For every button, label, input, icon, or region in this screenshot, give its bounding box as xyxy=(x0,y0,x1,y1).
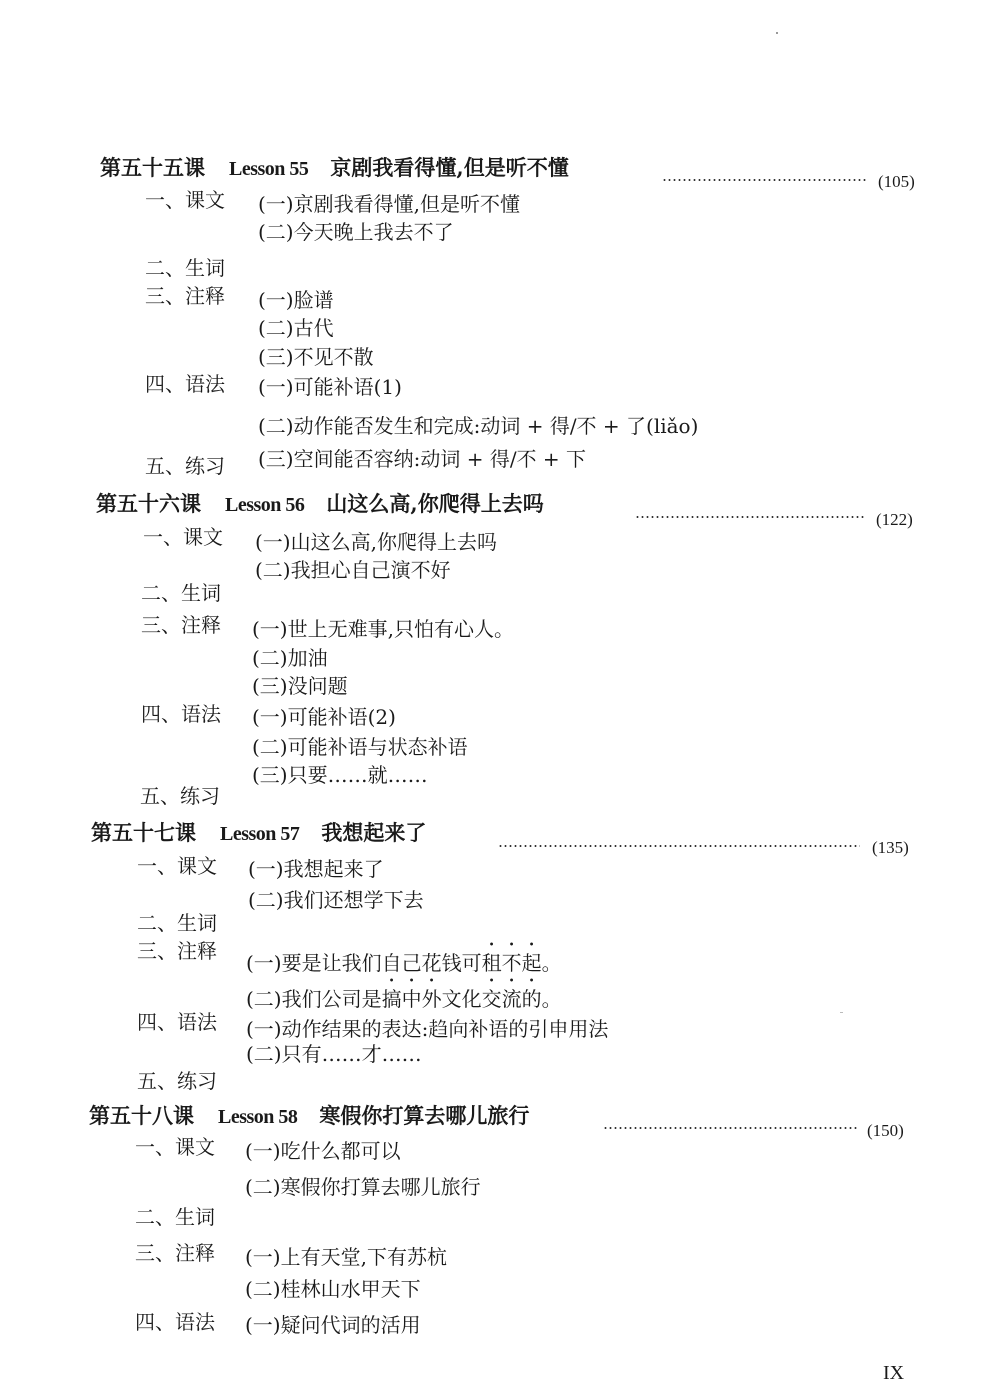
toc-item[interactable]: (二)寒假你打算去哪儿旅行 xyxy=(245,1171,481,1200)
section-exercise[interactable]: 五、练习 xyxy=(137,1065,217,1094)
dot-leader xyxy=(635,516,865,518)
section-grammar: 四、语法 xyxy=(145,368,225,397)
page-number: (150) xyxy=(867,1121,904,1141)
emphasized-text: 租不起 xyxy=(482,951,542,975)
toc-item[interactable]: (二)只有……才…… xyxy=(246,1038,422,1067)
toc-item[interactable]: (一)可能补语(2) xyxy=(252,701,396,730)
section-notes: 三、注释 xyxy=(137,935,217,964)
toc-item[interactable]: (二)我担心自己演不好 xyxy=(255,554,451,583)
lesson-58-heading[interactable]: 第五十八课 Lesson 58 寒假你打算去哪儿旅行 xyxy=(89,1100,529,1130)
toc-item[interactable]: (一)世上无难事,只怕有心人。 xyxy=(252,613,514,642)
toc-item[interactable]: (三)空间能否容纳:动词 + 得/不 + 下 xyxy=(258,443,586,472)
lesson-56-heading[interactable]: 第五十六课 Lesson 56 山这么高,你爬得上去吗 xyxy=(96,488,544,518)
lesson-english: Lesson 55 xyxy=(229,158,308,181)
toc-item-text: (二)我们公司是 xyxy=(246,987,382,1011)
dot-leader xyxy=(603,1127,857,1129)
section-text: 一、课文 xyxy=(137,850,217,879)
toc-item[interactable]: (一)上有天堂,下有苏杭 xyxy=(245,1241,447,1270)
toc-item[interactable]: (一)京剧我看得懂,但是听不懂 xyxy=(258,188,520,217)
section-notes: 三、注释 xyxy=(145,280,225,309)
lesson-english: Lesson 58 xyxy=(218,1106,297,1129)
toc-item[interactable]: (三)只要……就…… xyxy=(252,759,428,788)
section-grammar: 四、语法 xyxy=(137,1006,217,1035)
emphasized-text: 交流的 xyxy=(482,987,542,1011)
toc-item[interactable]: (二)动作能否发生和完成:动词 + 得/不 + 了(liǎo) xyxy=(258,410,698,439)
section-exercise[interactable]: 五、练习 xyxy=(140,780,220,809)
section-notes: 三、注释 xyxy=(135,1237,215,1266)
toc-item[interactable]: (一)吃什么都可以 xyxy=(245,1135,401,1164)
toc-item[interactable]: (一)山这么高,你爬得上去吗 xyxy=(255,526,497,555)
toc-item[interactable]: (一)我想起来了 xyxy=(248,853,384,882)
toc-item[interactable]: (二)我们还想学下去 xyxy=(248,884,424,913)
section-text: 一、课文 xyxy=(135,1131,215,1160)
section-vocab[interactable]: 二、生词 xyxy=(137,907,217,936)
toc-item[interactable]: (二)桂林山水甲天下 xyxy=(245,1273,421,1302)
toc-item[interactable]: (二)加油 xyxy=(252,642,328,671)
dot-leader xyxy=(498,845,860,847)
toc-item[interactable]: (二)今天晚上我去不了 xyxy=(258,216,454,245)
lesson-number: 第五十八课 xyxy=(89,1100,194,1130)
dot-leader xyxy=(662,179,868,181)
lesson-title: 寒假你打算去哪儿旅行 xyxy=(319,1100,529,1130)
toc-item[interactable]: (一)脸谱 xyxy=(258,284,334,313)
section-vocab[interactable]: 二、生词 xyxy=(141,577,221,606)
lesson-title: 我想起来了 xyxy=(321,817,426,847)
scan-speck xyxy=(840,1012,843,1013)
page-folio: IX xyxy=(883,1362,904,1385)
toc-item[interactable]: (二)可能补语与状态补语 xyxy=(252,731,468,760)
toc-item[interactable]: (三)没问题 xyxy=(252,670,348,699)
lesson-english: Lesson 56 xyxy=(225,494,304,517)
toc-item-text: (一)要是让我们自己花钱可 xyxy=(246,951,482,975)
section-text: 一、课文 xyxy=(143,521,223,550)
lesson-title: 山这么高,你爬得上去吗 xyxy=(326,488,543,518)
lesson-55-heading[interactable]: 第五十五课 Lesson 55 京剧我看得懂,但是听不懂 xyxy=(100,152,569,182)
page-number: (122) xyxy=(876,510,913,530)
toc-item[interactable]: (二)古代 xyxy=(258,312,334,341)
toc-item-punct: 。 xyxy=(542,987,562,1011)
toc-item[interactable]: (三)不见不散 xyxy=(258,341,374,370)
lesson-number: 第五十七课 xyxy=(91,817,196,847)
toc-item[interactable]: (二)我们公司是搞中外文化交流的。 xyxy=(246,976,562,1012)
page-number: (135) xyxy=(872,838,909,858)
lesson-57-heading[interactable]: 第五十七课 Lesson 57 我想起来了 xyxy=(91,817,426,847)
lesson-english: Lesson 57 xyxy=(220,823,299,846)
section-exercise[interactable]: 五、练习 xyxy=(145,450,225,479)
lesson-number: 第五十五课 xyxy=(100,152,205,182)
lesson-number: 第五十六课 xyxy=(96,488,201,518)
scan-speck xyxy=(776,32,778,34)
toc-item[interactable]: (一)疑问代词的活用 xyxy=(245,1309,421,1338)
section-text: 一、课文 xyxy=(145,184,225,213)
section-vocab[interactable]: 二、生词 xyxy=(135,1201,215,1230)
toc-item-punct: 。 xyxy=(542,951,562,975)
toc-page: 第五十五课 Lesson 55 京剧我看得懂,但是听不懂 (105) 一、课文 … xyxy=(0,0,991,1387)
page-number: (105) xyxy=(878,172,915,192)
section-notes: 三、注释 xyxy=(141,609,221,638)
section-grammar: 四、语法 xyxy=(135,1306,215,1335)
section-grammar: 四、语法 xyxy=(141,698,221,727)
toc-item-text: 文化 xyxy=(442,987,482,1011)
toc-item[interactable]: (一)可能补语(1) xyxy=(258,371,402,400)
lesson-title: 京剧我看得懂,但是听不懂 xyxy=(330,152,568,182)
section-vocab[interactable]: 二、生词 xyxy=(145,252,225,281)
emphasized-text: 搞中外 xyxy=(382,987,442,1011)
toc-item[interactable]: (一)要是让我们自己花钱可租不起。 xyxy=(246,940,562,976)
